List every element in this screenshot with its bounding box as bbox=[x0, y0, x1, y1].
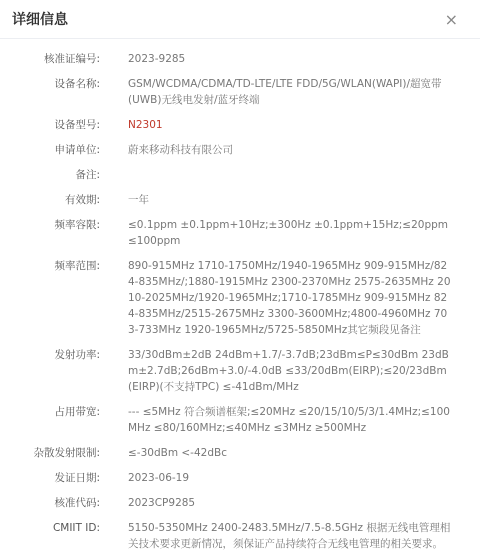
field-label: 设备名称: bbox=[0, 76, 104, 108]
field-device-name: 设备名称:GSM/WCDMA/CDMA/TD-LTE/LTE FDD/5G/WL… bbox=[0, 76, 480, 108]
field-value: 2023CP9285 bbox=[128, 495, 453, 511]
field-applicant: 申请单位:蔚来移动科技有限公司 bbox=[0, 142, 480, 158]
field-occupied-bandwidth: 占用带宽:--- ≤5MHz 符合频谱框架;≤20MHz ≤20/15/10/5… bbox=[0, 404, 480, 436]
field-value: --- ≤5MHz 符合频谱框架;≤20MHz ≤20/15/10/5/3/1.… bbox=[128, 404, 453, 436]
field-label: 申请单位: bbox=[0, 142, 104, 158]
field-spurious-emission: 杂散发射限制:≤-30dBm <-42dBc bbox=[0, 445, 480, 461]
field-label: 发射功率: bbox=[0, 347, 104, 395]
detail-dialog: 详细信息 × 核准证编号:2023-9285 设备名称:GSM/WCDMA/CD… bbox=[0, 0, 480, 555]
field-label: 发证日期: bbox=[0, 470, 104, 486]
field-label: 核准证编号: bbox=[0, 51, 104, 67]
field-label: 频率容限: bbox=[0, 217, 104, 249]
field-value: 890-915MHz 1710-1750MHz/1940-1965MHz 909… bbox=[128, 258, 453, 338]
field-value: 2023-06-19 bbox=[128, 470, 453, 486]
field-issue-date: 发证日期:2023-06-19 bbox=[0, 470, 480, 486]
field-frequency-tolerance: 频率容限:≤0.1ppm ±0.1ppm+10Hz;±300Hz ±0.1ppm… bbox=[0, 217, 480, 249]
field-remarks: 备注: bbox=[0, 167, 480, 183]
field-label: 备注: bbox=[0, 167, 104, 183]
field-label: 核准代码: bbox=[0, 495, 104, 511]
field-value: 33/30dBm±2dB 24dBm+1.7/-3.7dB;23dBm≤P≤30… bbox=[128, 347, 453, 395]
field-cmiit-id: CMIIT ID:5150-5350MHz 2400-2483.5MHz/7.5… bbox=[0, 520, 480, 552]
field-transmit-power: 发射功率:33/30dBm±2dB 24dBm+1.7/-3.7dB;23dBm… bbox=[0, 347, 480, 395]
field-label: CMIIT ID: bbox=[0, 520, 104, 552]
field-device-model: 设备型号:N2301 bbox=[0, 117, 480, 133]
field-label: 占用带宽: bbox=[0, 404, 104, 436]
field-value: 2023-9285 bbox=[128, 51, 453, 67]
field-value: N2301 bbox=[128, 117, 453, 133]
field-validity: 有效期:一年 bbox=[0, 192, 480, 208]
field-label: 频率范围: bbox=[0, 258, 104, 338]
field-value: 5150-5350MHz 2400-2483.5MHz/7.5-8.5GHz 根… bbox=[128, 520, 453, 552]
field-approval-code: 核准代码:2023CP9285 bbox=[0, 495, 480, 511]
dialog-title: 详细信息 bbox=[12, 9, 68, 29]
field-label: 设备型号: bbox=[0, 117, 104, 133]
field-label: 杂散发射限制: bbox=[0, 445, 104, 461]
field-frequency-range: 频率范围:890-915MHz 1710-1750MHz/1940-1965MH… bbox=[0, 258, 480, 338]
field-value: 一年 bbox=[128, 192, 453, 208]
field-approval-number: 核准证编号:2023-9285 bbox=[0, 51, 480, 67]
field-value: ≤-30dBm <-42dBc bbox=[128, 445, 453, 461]
field-value bbox=[128, 167, 453, 183]
detail-list: 核准证编号:2023-9285 设备名称:GSM/WCDMA/CDMA/TD-L… bbox=[0, 39, 480, 552]
close-icon[interactable]: × bbox=[445, 10, 458, 29]
field-value: GSM/WCDMA/CDMA/TD-LTE/LTE FDD/5G/WLAN(WA… bbox=[128, 76, 453, 108]
field-value: ≤0.1ppm ±0.1ppm+10Hz;±300Hz ±0.1ppm+15Hz… bbox=[128, 217, 453, 249]
field-label: 有效期: bbox=[0, 192, 104, 208]
dialog-header: 详细信息 × bbox=[0, 0, 480, 39]
field-value: 蔚来移动科技有限公司 bbox=[128, 142, 453, 158]
